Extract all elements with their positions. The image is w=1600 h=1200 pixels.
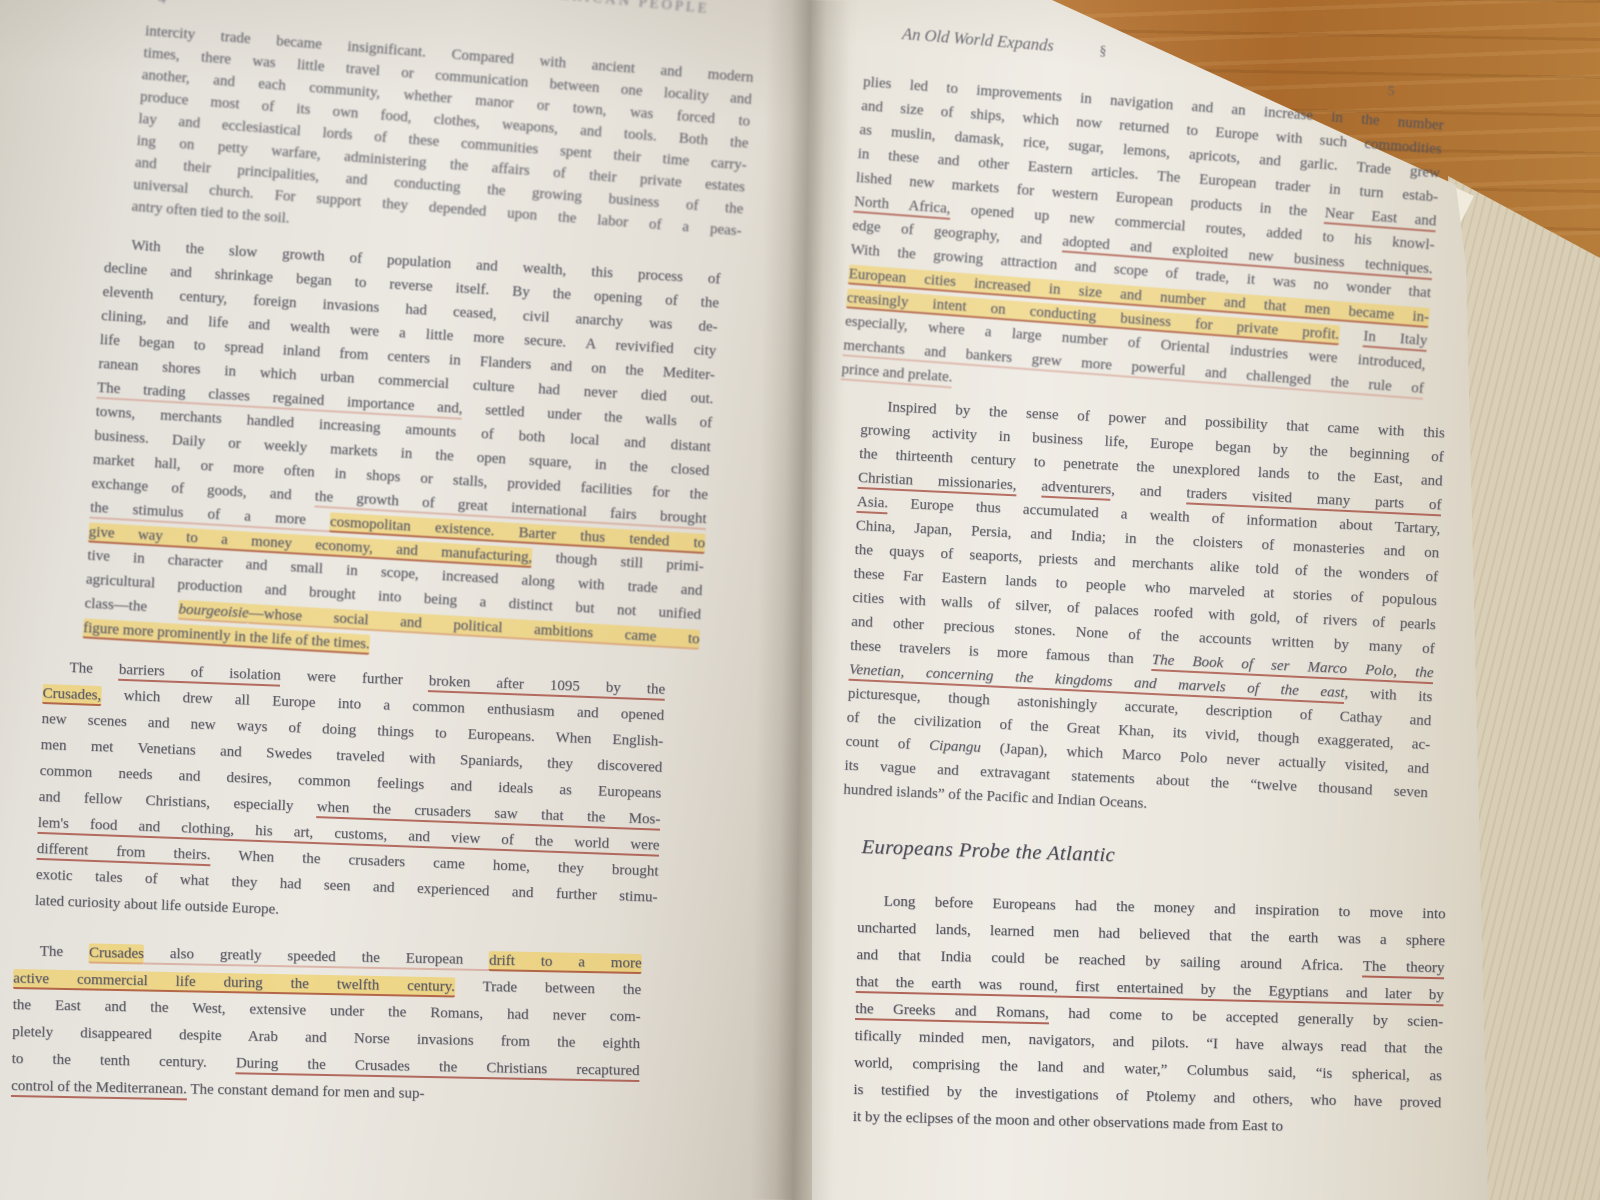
body-text: it by the eclipses of the moon and other… [853,1109,1284,1135]
body-text [1339,326,1364,344]
underlined-text: Asia. [856,494,888,514]
body-text: , with its [1344,685,1433,705]
underlined-text: the Greeks and Romans, [855,1001,1049,1024]
open-book-photo: 4 AMERICAN PEOPLE An Old World Expands§ … [0,0,1600,1200]
right-page-text: plies led to improvements in navigation … [0,0,1600,1200]
body-text [1016,477,1042,494]
paragraph: Long before Europeans had the money and … [852,888,1445,1144]
underlined-text: adventurers [1041,479,1112,501]
section-heading: Europeans Probe the Atlantic [861,836,1381,876]
body-text: , and [1111,482,1187,502]
body-text: had come to be accepted generally by sci… [1049,1005,1444,1030]
underlined-text: prince and prelate. [841,361,953,388]
underlined-text: The theory [1362,958,1444,979]
body-text: count of [845,734,929,754]
paragraph: Inspired by the sense of power and possi… [843,394,1446,829]
body-text: Cipangu [929,738,981,756]
paragraph: plies led to improvements in navigation … [841,70,1445,425]
